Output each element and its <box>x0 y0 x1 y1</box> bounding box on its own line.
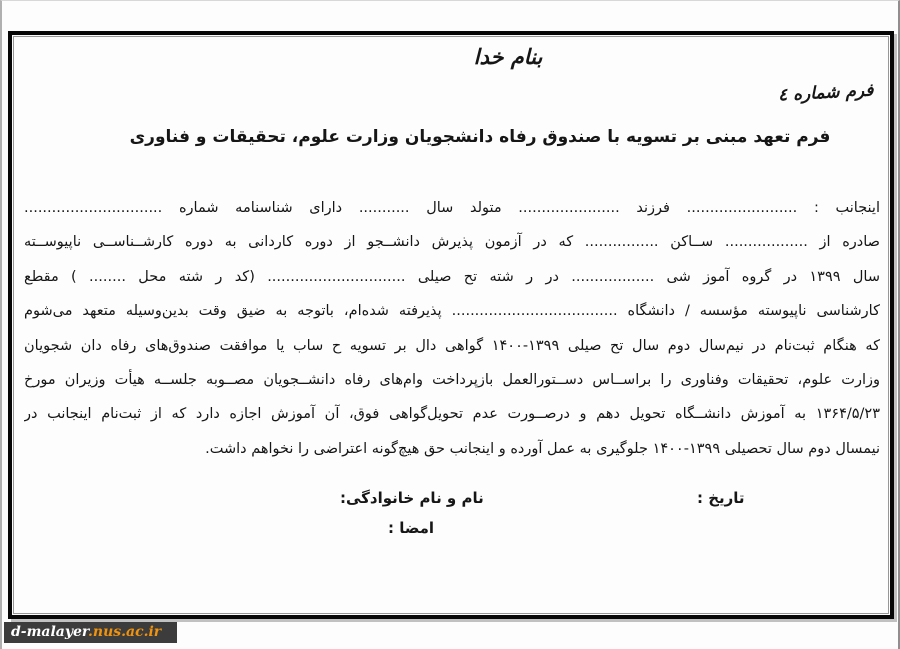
date-label: تاریخ : <box>697 489 745 507</box>
form-body: اینجانب : ........................ فرزند… <box>24 191 880 466</box>
name-surname-label: نام و نام خانوادگی: <box>340 489 484 507</box>
site-watermark: d-malayer.nus.ac.ir <box>4 622 177 643</box>
form-body-line: سال ۱۳۹۹ در گروه آموز شی ...............… <box>24 260 880 294</box>
form-body-line: که هنگام ثبت‌نام در نیم‌سال دوم سال تح ص… <box>24 329 880 363</box>
form-title: فرم تعهد مبنی بر تسویه با صندوق رفاه دان… <box>62 127 898 147</box>
signature-label: امضا : <box>388 519 434 537</box>
form-body-line: وزارت علوم، تحقیقات وفناوری را براســاس … <box>24 363 880 397</box>
form-body-line: صادره از .................. ســاکن .....… <box>24 225 880 259</box>
form-body-line: کارشناسی ناپیوسته مؤسسه / دانشگاه ......… <box>24 294 880 328</box>
form-body-line: نیمسال دوم سال تحصیلی ۱۳۹۹-۱۴۰۰ جلوگیری … <box>24 432 880 466</box>
form-body-line: ۱۳۶۴/۵/۲۳ به آموزش دانشــگاه تحویل دهم و… <box>24 397 880 431</box>
scanned-form-page: بنام خدا فرم شماره ٤ فرم تعهد مبنی بر تس… <box>0 0 900 649</box>
watermark-site-name: d-malayer <box>11 624 88 640</box>
bismillah-heading: بنام خدا <box>118 45 898 69</box>
watermark-site-domain: .nus.ac.ir <box>88 624 161 640</box>
form-body-line: اینجانب : ........................ فرزند… <box>24 191 880 225</box>
